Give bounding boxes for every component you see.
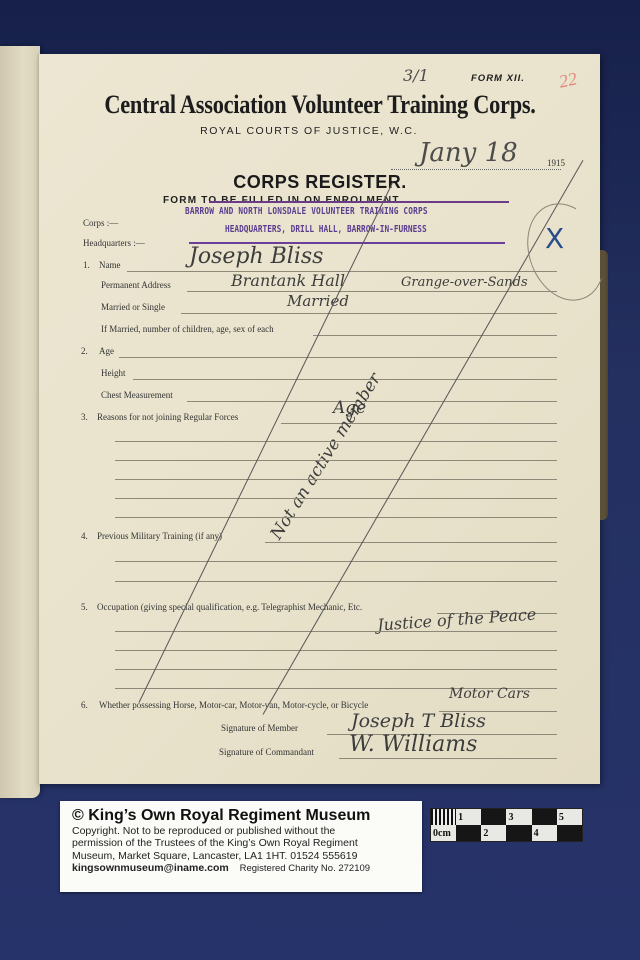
scale-cell [506, 825, 531, 841]
reasons-line-5 [115, 498, 557, 499]
question-number-5: 5. [81, 602, 88, 612]
register-heading: CORPS REGISTER. [39, 172, 601, 193]
occupation-line-4 [115, 669, 557, 670]
question-number-2: 2. [81, 346, 88, 356]
date-year: 1915 [547, 158, 565, 168]
corps-stamp-line-2: HEADQUARTERS, DRILL HALL, BARROW-IN-FURN… [225, 224, 427, 235]
scale-cell: 5 [557, 809, 582, 825]
strikethrough-line [209, 201, 509, 203]
marital-label: Married or Single [101, 302, 165, 312]
copyright-line-2: permission of the Trustees of the King’s… [72, 837, 410, 849]
scale-cell: 4 [532, 825, 557, 841]
height-label: Height [101, 368, 126, 378]
reasons-line [281, 423, 557, 424]
chest-label: Chest Measurement [101, 390, 173, 400]
military-line-3 [115, 581, 557, 582]
reasons-line-3 [115, 460, 557, 461]
question-number-1: 1. [83, 260, 90, 270]
marital-value: Married [287, 292, 349, 310]
marital-line [181, 313, 557, 314]
scale-mm-ticks [431, 809, 456, 825]
name-value: Joseph Bliss [189, 244, 323, 269]
name-label: Name [99, 260, 121, 270]
form-subtitle: ROYAL COURTS OF JUSTICE, W.C. [39, 125, 579, 137]
address-value-1: Brantank Hall [231, 271, 345, 290]
age-label: Age [99, 346, 114, 356]
question-number-4: 4. [81, 531, 88, 541]
address-line [187, 291, 557, 292]
reasons-line-6 [115, 517, 557, 518]
copyright-line-3: Museum, Market Square, Lancaster, LA1 1H… [72, 850, 410, 862]
museum-name: © King’s Own Royal Regiment Museum [72, 807, 410, 825]
military-training-label: Previous Military Training (if any) [97, 531, 222, 541]
occupation-line-3 [115, 650, 557, 651]
scale-cell: 2 [481, 825, 506, 841]
reasons-line-4 [115, 479, 557, 480]
commandant-signature-label: Signature of Commandant [219, 747, 314, 757]
scale-cell: 0cm [431, 825, 456, 841]
reasons-line-2 [115, 441, 557, 442]
form-number: FORM XII. [471, 73, 525, 84]
handwritten-reference: 3/1 [403, 66, 429, 85]
corps-stamp-line-1: BARROW AND NORTH LONSDALE VOLUNTEER TRAI… [185, 206, 428, 217]
scale-cell [456, 825, 481, 841]
centimeter-scale-bar: 1 3 5 0cm 2 4 [430, 808, 583, 842]
scale-cell [481, 809, 506, 825]
occupation-line-2 [115, 631, 557, 632]
commandant-signature-line [339, 758, 557, 759]
question-number-3: 3. [81, 412, 88, 422]
date-handwritten: Jany 18 [419, 138, 518, 168]
children-line [313, 335, 557, 336]
member-signature: Joseph T Bliss [351, 710, 486, 732]
scale-cell [532, 809, 557, 825]
address-label: Permanent Address [101, 280, 171, 290]
children-label: If Married, number of children, age, sex… [101, 324, 274, 334]
question-number-6: 6. [81, 700, 88, 710]
corps-label: Corps :— [83, 218, 118, 228]
museum-copyright-label: © King’s Own Royal Regiment Museum Copyr… [60, 801, 422, 892]
form-title: Central Association Volunteer Training C… [78, 90, 561, 120]
age-line [119, 357, 557, 358]
reasons-label: Reasons for not joining Regular Forces [97, 412, 238, 422]
height-line [133, 379, 557, 380]
corps-register-form: 3/1 FORM XII. 22 Central Association Vol… [38, 54, 600, 784]
scale-cell [557, 825, 582, 841]
charity-number: Registered Charity No. 272109 [240, 863, 370, 874]
copyright-line-1: Copyright. Not to be reproduced or publi… [72, 825, 410, 837]
military-line [265, 542, 557, 543]
left-facing-page [0, 46, 40, 798]
member-signature-label: Signature of Member [221, 723, 298, 733]
vehicle-value: Motor Cars [449, 686, 530, 702]
headquarters-label: Headquarters :— [83, 238, 145, 248]
commandant-signature: W. Williams [349, 732, 477, 757]
military-line-2 [115, 561, 557, 562]
red-pencil-mark: 22 [557, 68, 579, 92]
scale-cell: 1 [456, 809, 481, 825]
blue-cross-mark: X [545, 222, 564, 255]
museum-email: kingsownmuseum@iname.com [72, 862, 229, 874]
scale-cell: 3 [506, 809, 531, 825]
